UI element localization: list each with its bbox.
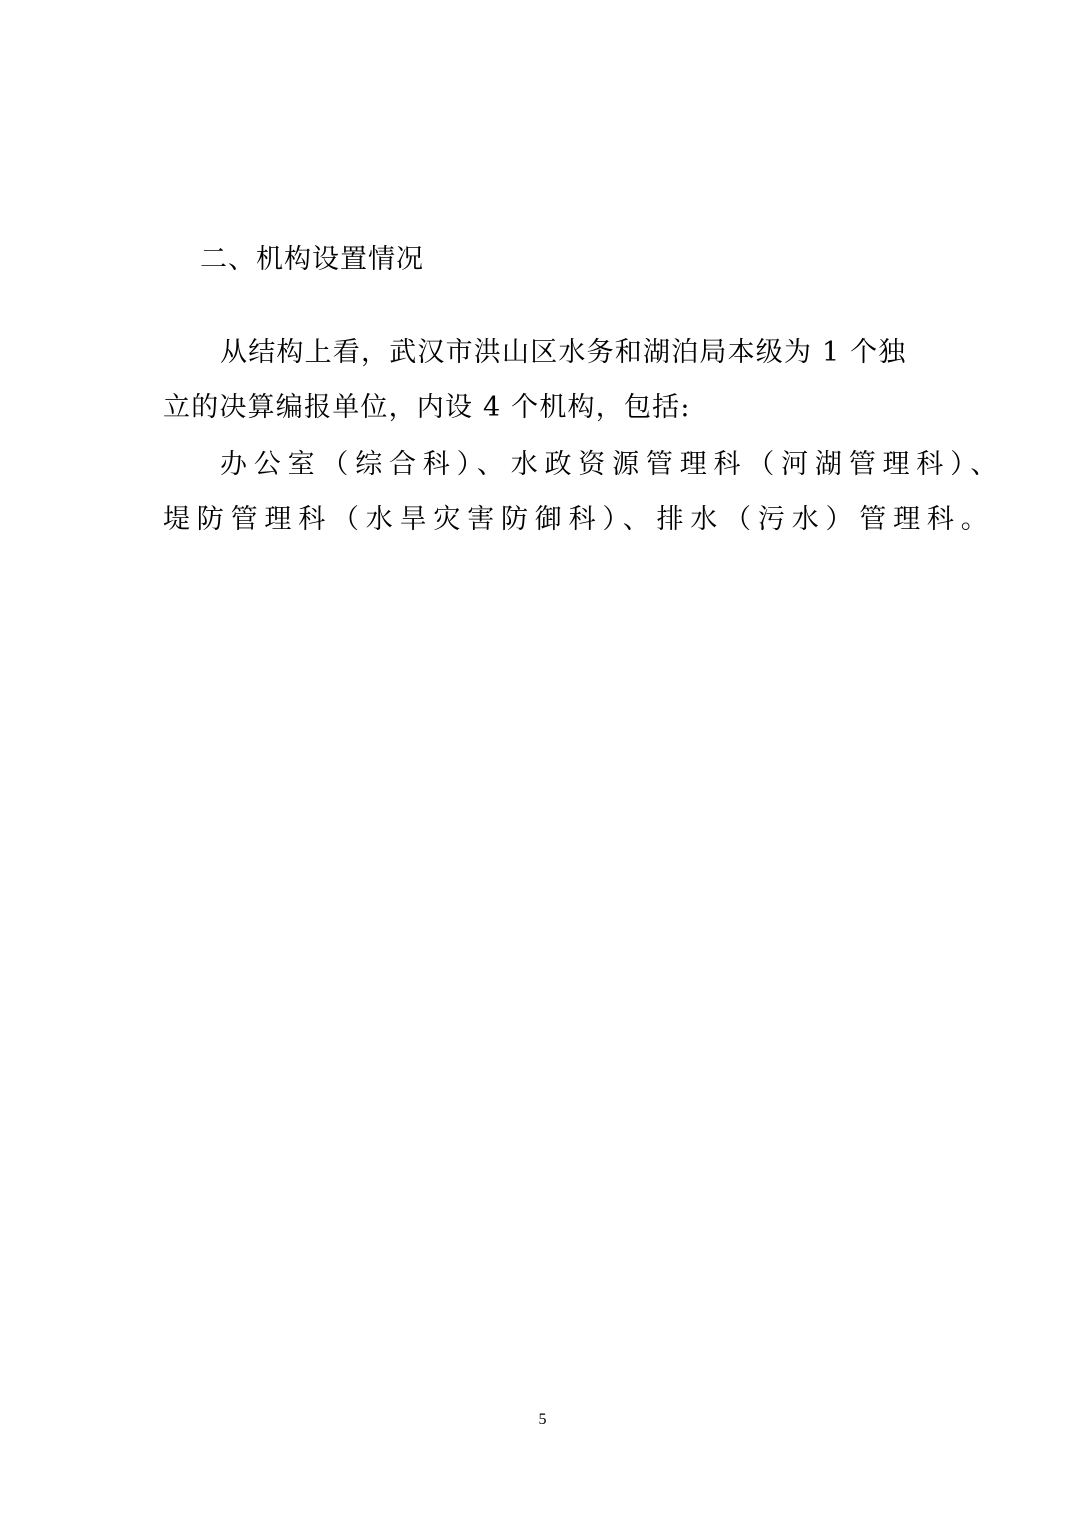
page-number: 5 xyxy=(0,1410,1075,1430)
document-page: 二、机构设置情况 从结构上看，武汉市洪山区水务和湖泊局本级为 1 个独 立的决算… xyxy=(0,0,1075,1520)
section-heading: 二、机构设置情况 xyxy=(200,240,424,280)
paragraph-line: 堤防管理科（水旱灾害防御科）、排水（污水）管理科。 xyxy=(163,500,995,540)
paragraph-line: 立的决算编报单位，内设 4 个机构，包括: xyxy=(163,388,691,428)
paragraph-line: 办公室（综合科）、水政资源管理科（河湖管理科）、 xyxy=(220,445,1004,485)
paragraph-line: 从结构上看，武汉市洪山区水务和湖泊局本级为 1 个独 xyxy=(220,333,907,373)
